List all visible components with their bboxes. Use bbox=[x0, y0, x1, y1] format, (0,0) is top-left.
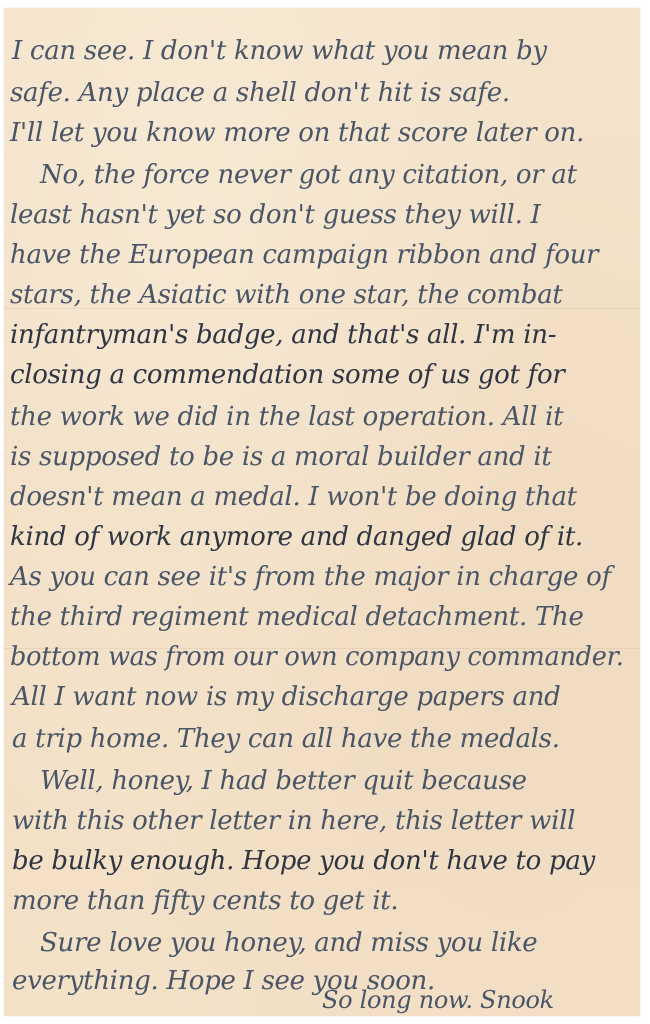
letter-line: is supposed to be is a moral builder and… bbox=[10, 444, 552, 470]
letter-line: stars, the Asiatic with one star, the co… bbox=[10, 282, 563, 308]
letter-signoff: So long now. Snook bbox=[322, 986, 554, 1014]
letter-line: All I want now is my discharge papers an… bbox=[12, 684, 561, 710]
letter-line: with this other letter in here, this let… bbox=[12, 808, 575, 834]
letter-line: Sure love you honey, and miss you like bbox=[40, 930, 537, 956]
letter-line: closing a commendation some of us got fo… bbox=[10, 362, 564, 388]
letter-line: Well, honey, I had better quit because bbox=[40, 768, 527, 794]
letter-line: least hasn't yet so don't guess they wil… bbox=[10, 202, 540, 228]
letter-line: the third regiment medical detachment. T… bbox=[10, 604, 584, 630]
letter-line: infantryman's badge, and that's all. I'm… bbox=[10, 322, 556, 348]
letter-line: more than fifty cents to get it. bbox=[12, 888, 398, 914]
letter-line: I'll let you know more on that score lat… bbox=[10, 120, 584, 146]
letter-line: kind of work anymore and danged glad of … bbox=[10, 524, 583, 550]
letter-line: the work we did in the last operation. A… bbox=[10, 404, 563, 430]
letter-line: have the European campaign ribbon and fo… bbox=[10, 242, 598, 268]
letter-line: safe. Any place a shell don't hit is saf… bbox=[10, 80, 510, 106]
letter-page: I can see. I don't know what you mean by… bbox=[4, 8, 640, 1016]
letter-line: No, the force never got any citation, or… bbox=[40, 162, 577, 188]
letter-line: doesn't mean a medal. I won't be doing t… bbox=[10, 484, 577, 510]
letter-line: As you can see it's from the major in ch… bbox=[10, 564, 611, 590]
letter-line: a trip home. They can all have the medal… bbox=[12, 726, 560, 752]
letter-line: be bulky enough. Hope you don't have to … bbox=[12, 848, 595, 874]
letter-line: bottom was from our own company commande… bbox=[10, 644, 624, 670]
letter-line: I can see. I don't know what you mean by bbox=[12, 38, 547, 64]
